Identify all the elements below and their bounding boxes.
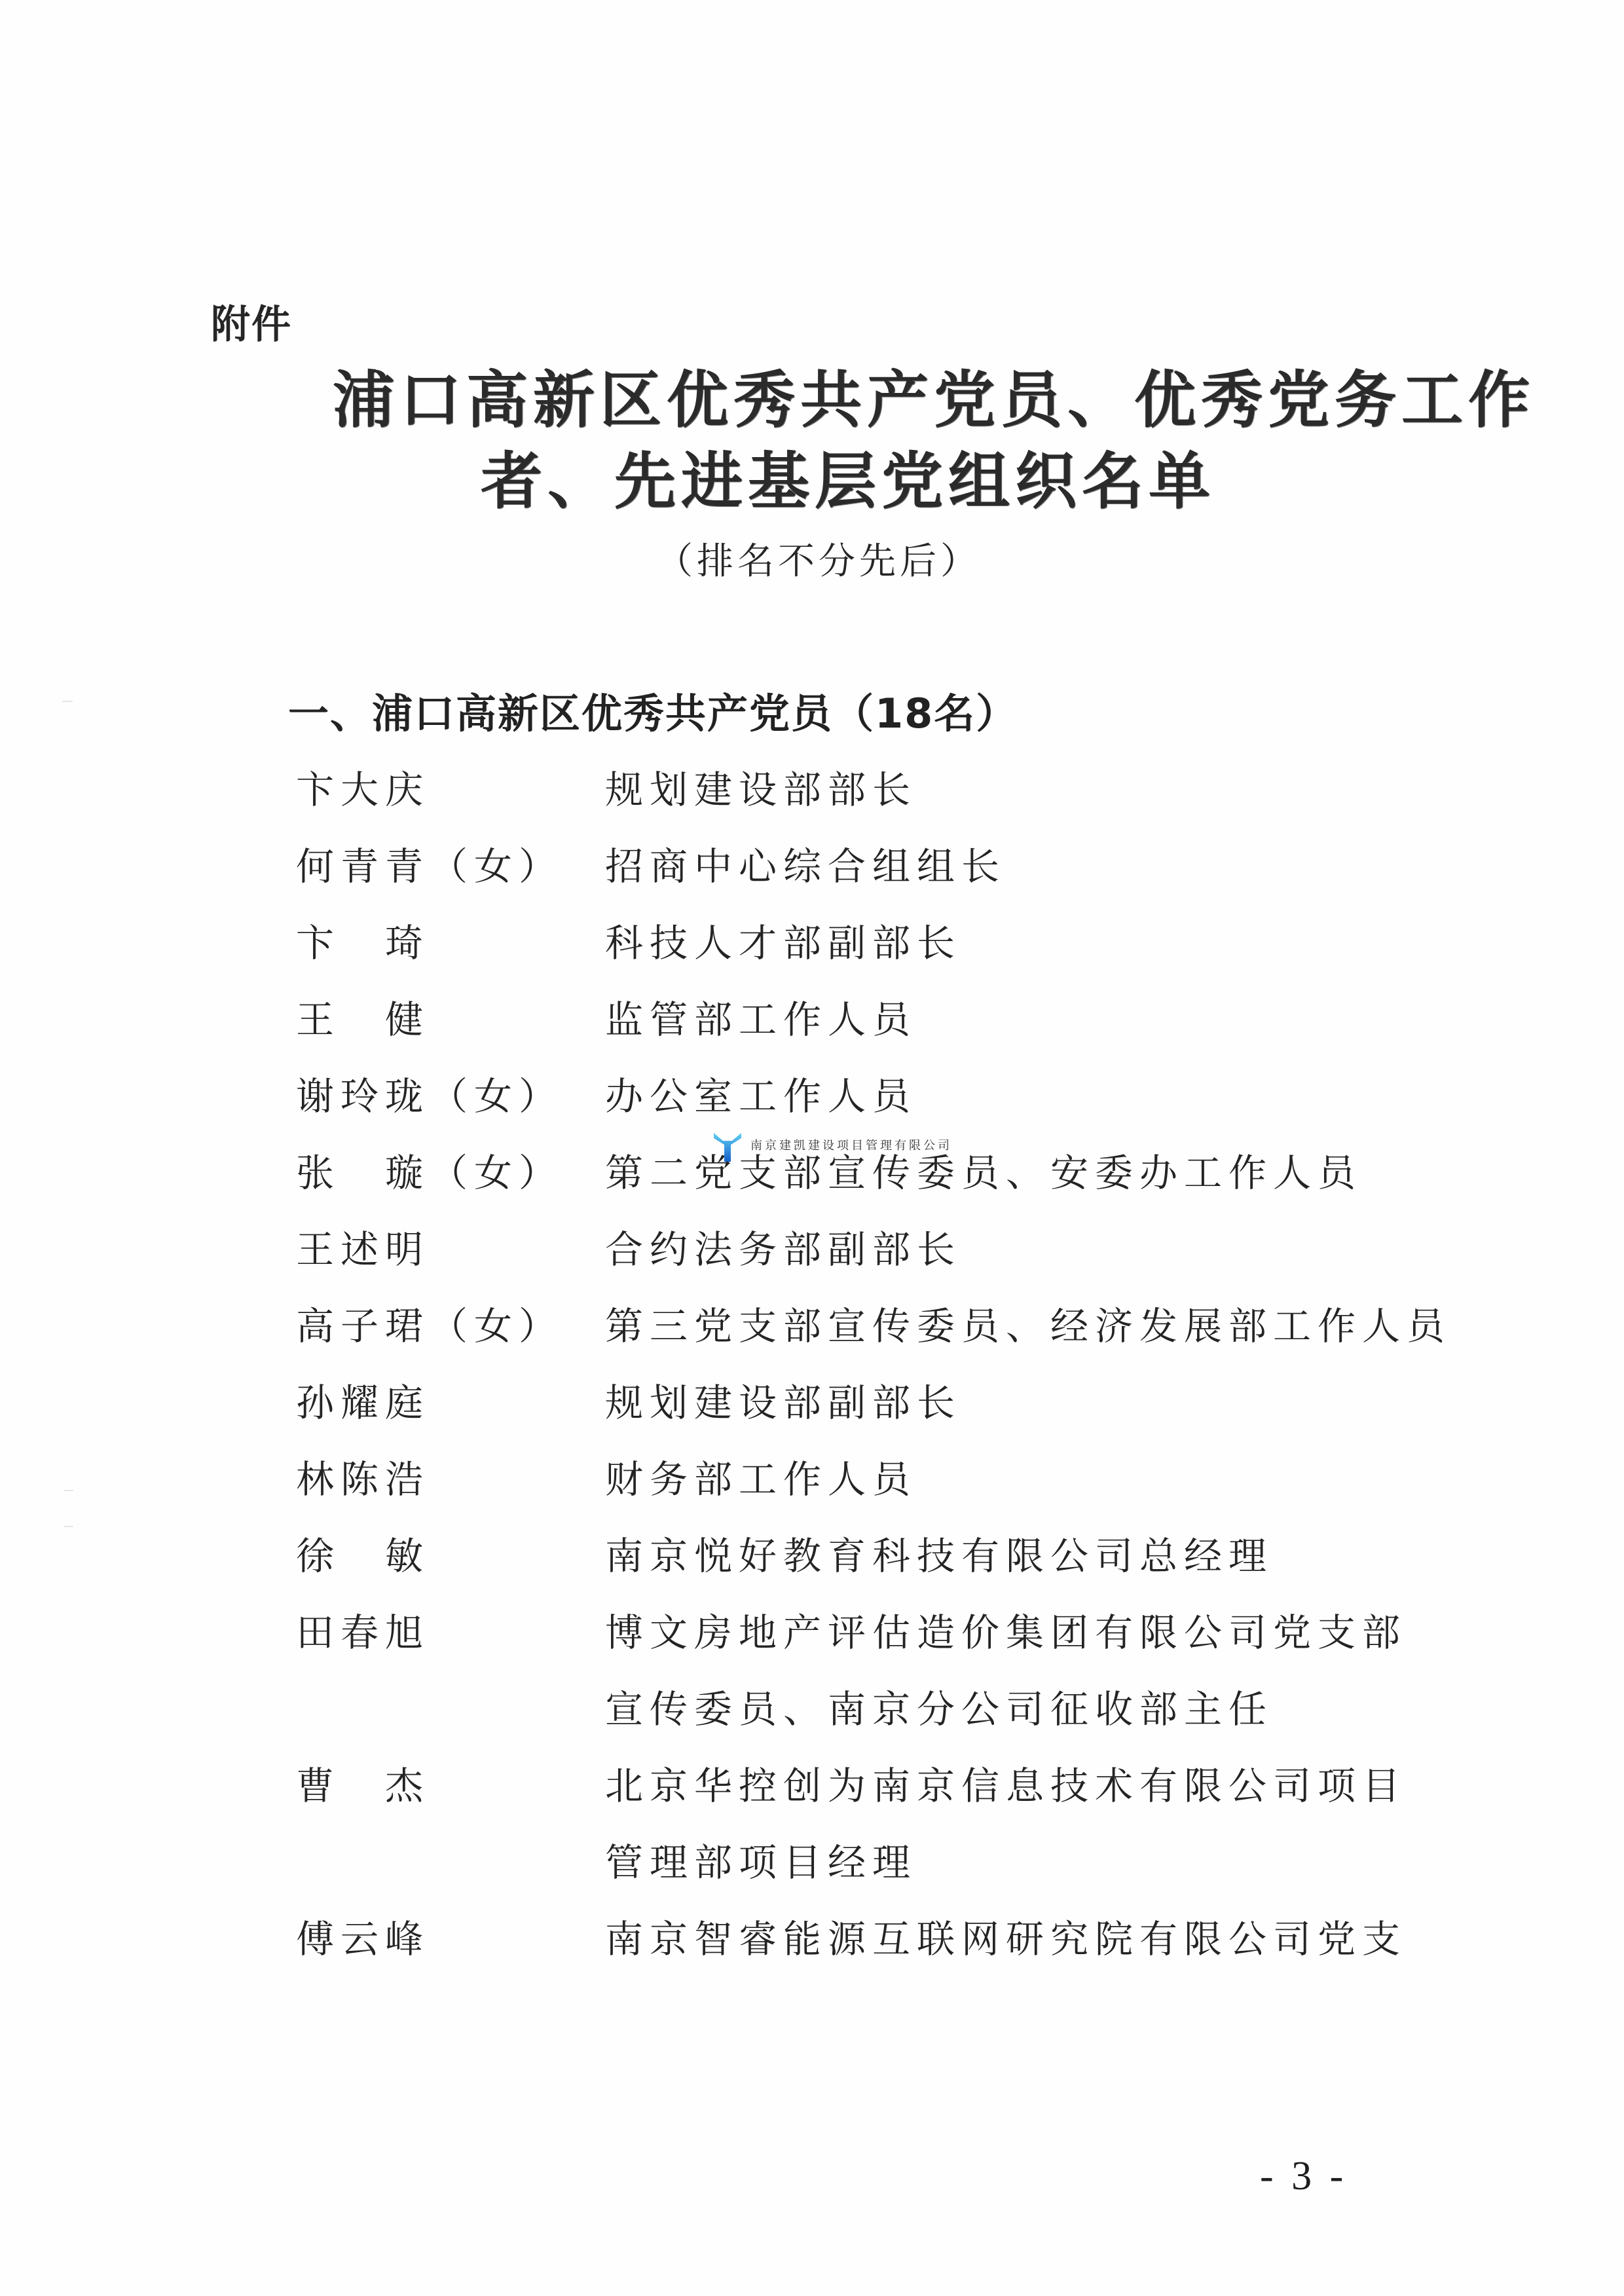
member-position: 科技人才部副部长 [605, 917, 961, 969]
member-name: 谢玲珑（女） [296, 1070, 563, 1122]
member-position: 南京悦好教育科技有限公司总经理 [605, 1530, 1273, 1582]
section-heading: 一、浦口高新区优秀共产党员（18名） [288, 686, 1018, 741]
member-position: 宣传委员、南京分公司征收部主任 [605, 1683, 1273, 1735]
scan-artifact [64, 1526, 73, 1527]
member-name: 卞 琦 [296, 917, 430, 969]
member-position: 管理部项目经理 [605, 1836, 917, 1889]
member-name: 王 健 [296, 993, 430, 1046]
member-name: 张 璇（女） [296, 1147, 563, 1199]
member-position: 博文房地产评估造价集团有限公司党支部 [605, 1606, 1407, 1659]
company-watermark: 南京建凯建设项目管理有限公司 [712, 1132, 952, 1158]
member-position: 北京华控创为南京信息技术有限公司项目 [605, 1760, 1407, 1812]
document-title-line-1: 浦口高新区优秀共产党员、优秀党务工作 [333, 364, 1535, 436]
member-position: 财务部工作人员 [605, 1453, 917, 1506]
member-position: 办公室工作人员 [605, 1070, 917, 1122]
member-name: 林陈浩 [296, 1453, 430, 1506]
member-name: 王述明 [296, 1223, 430, 1276]
member-position: 第三党支部宣传委员、经济发展部工作人员 [605, 1300, 1451, 1352]
member-position: 南京智睿能源互联网研究院有限公司党支 [605, 1913, 1407, 1965]
member-name: 何青青（女） [296, 840, 563, 893]
member-position: 合约法务部副部长 [605, 1223, 961, 1276]
document-subtitle: （排名不分先后） [648, 536, 989, 588]
member-position: 招商中心综合组组长 [605, 840, 1006, 893]
member-name: 田春旭 [296, 1606, 430, 1659]
member-name: 曹 杰 [296, 1760, 430, 1812]
member-name: 孙耀庭 [296, 1377, 430, 1429]
document-page: 附件 浦口高新区优秀共产党员、优秀党务工作 者、先进基层党组织名单 （排名不分先… [0, 0, 1624, 2296]
member-name: 高子珺（女） [296, 1300, 563, 1352]
attachment-label: 附件 [211, 299, 292, 351]
scan-artifact [62, 701, 73, 702]
member-name: 徐 敏 [296, 1530, 430, 1582]
watermark-company-name: 南京建凯建设项目管理有限公司 [750, 1136, 952, 1153]
scan-artifact [64, 1490, 73, 1491]
member-name: 傅云峰 [296, 1913, 430, 1965]
document-title-line-2: 者、先进基层党组织名单 [481, 445, 1215, 517]
member-position: 规划建设部部长 [605, 764, 917, 816]
member-position: 监管部工作人员 [605, 993, 917, 1046]
member-position: 规划建设部副部长 [605, 1377, 961, 1429]
page-number: - 3 - [1260, 2153, 1347, 2199]
member-name: 卞大庆 [296, 764, 430, 816]
company-logo-icon [712, 1132, 743, 1158]
